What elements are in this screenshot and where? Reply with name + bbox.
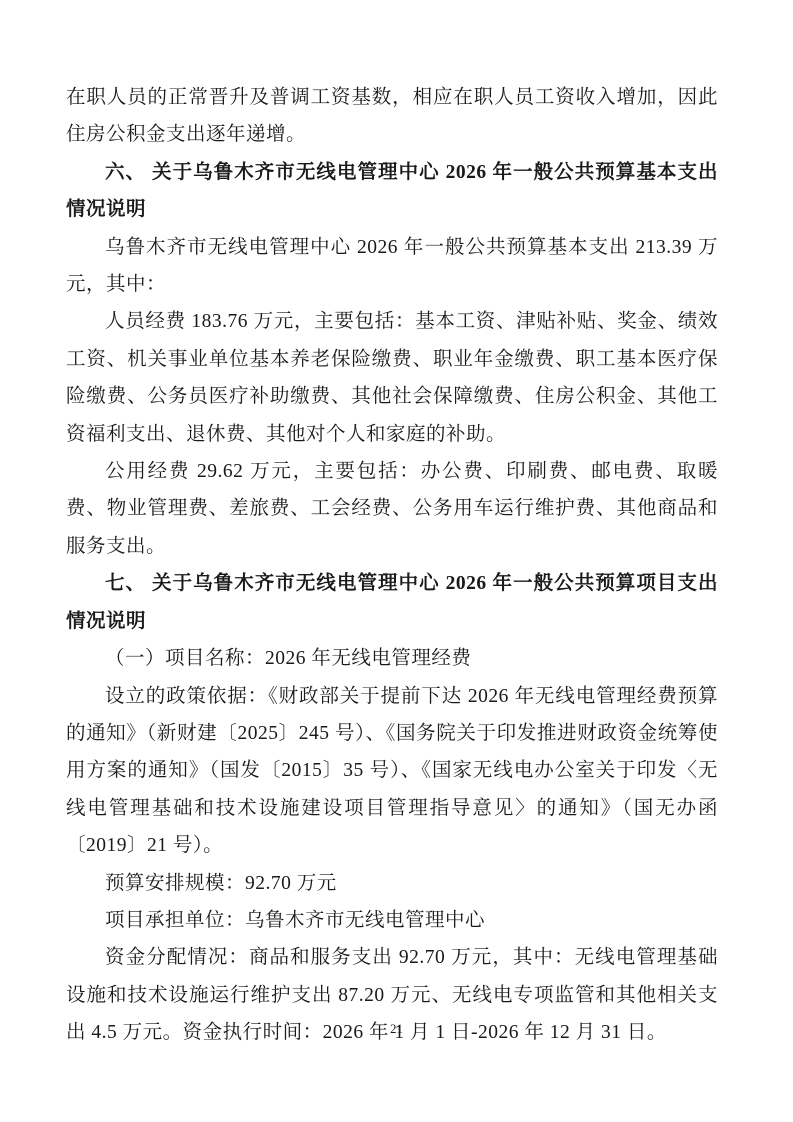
body-paragraph-public-expenses: 公用经费 29.62 万元，主要包括：办公费、印刷费、邮电费、取暖费、物业管理费… — [66, 453, 718, 565]
body-paragraph-undertaking-unit: 项目承担单位：乌鲁木齐市无线电管理中心 — [66, 902, 718, 939]
body-paragraph-housing-fund-continuation: 在职人员的正常晋升及普调工资基数，相应在职人员工资收入增加，因此住房公积金支出逐… — [66, 79, 718, 154]
document-body: 在职人员的正常晋升及普调工资基数，相应在职人员工资收入增加，因此住房公积金支出逐… — [66, 79, 718, 1052]
body-paragraph-personnel-expenses: 人员经费 183.76 万元，主要包括：基本工资、津贴补贴、奖金、绩效工资、机关… — [66, 303, 718, 453]
document-page: 在职人员的正常晋升及普调工资基数，相应在职人员工资收入增加，因此住房公积金支出逐… — [0, 0, 793, 1122]
body-paragraph-budget-scale: 预算安排规模：92.70 万元 — [66, 865, 718, 902]
page-number: 21 — [0, 1020, 793, 1038]
body-paragraph-basic-expenditure-total: 乌鲁木齐市无线电管理中心 2026 年一般公共预算基本支出 213.39 万元，… — [66, 229, 718, 304]
section-heading-seven-project-expenditure: 七、 关于乌鲁木齐市无线电管理中心 2026 年一般公共预算项目支出情况说明 — [66, 565, 718, 640]
body-paragraph-policy-basis: 设立的政策依据：《财政部关于提前下达 2026 年无线电管理经费预算的通知》（新… — [66, 678, 718, 865]
body-paragraph-project-name: （一）项目名称：2026 年无线电管理经费 — [66, 640, 718, 677]
section-heading-six-basic-expenditure: 六、 关于乌鲁木齐市无线电管理中心 2026 年一般公共预算基本支出情况说明 — [66, 154, 718, 229]
